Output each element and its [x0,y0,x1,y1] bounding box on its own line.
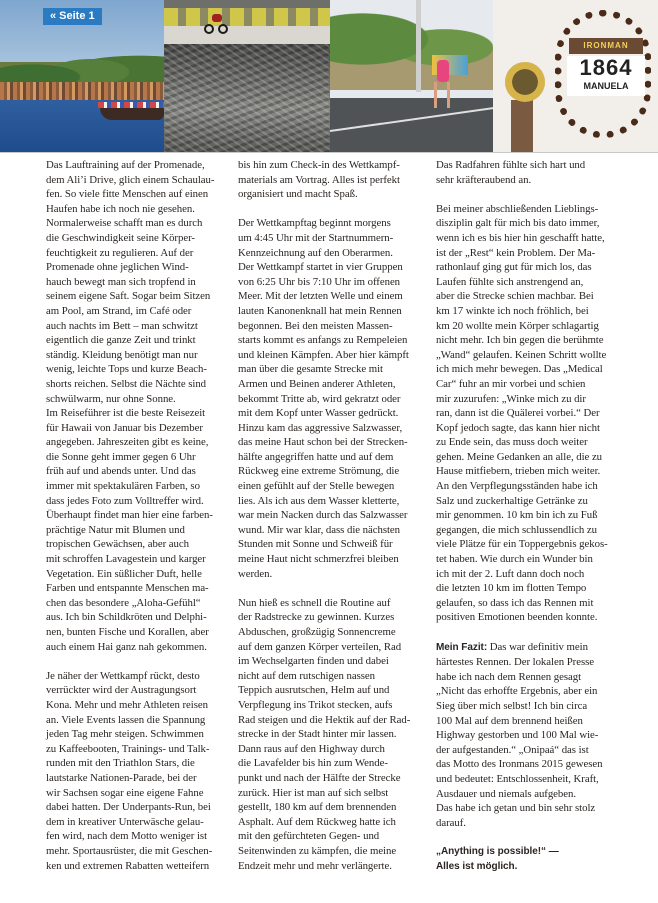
bib-name: MANUELA [567,80,645,92]
article-column-3: Das Radfahren fühlte sich hart und sehr … [436,158,636,874]
fazit-label: Mein Fazit: [436,642,487,653]
paragraph: Je näher der Wettkampf rückt, desto verr… [46,669,232,873]
fazit-text: Das war definitiv mein härtestes Rennen.… [436,641,602,829]
paragraph: Im Reiseführer ist die beste Reisezeit f… [46,406,232,654]
photo-medal-bib: IRONMAN 1864 MANUELA [493,0,658,152]
paragraph: bis hin zum Check-in des Wettkampf- mate… [238,158,428,202]
fazit-paragraph: Mein Fazit: Das war definitiv mein härte… [436,640,636,831]
bicycle-icon [204,20,228,34]
paragraph: Nun hieß es schnell die Routine auf der … [238,596,428,873]
paragraph: Bei meiner abschließenden Lieblings- dis… [436,202,636,625]
photo-cyclist-lava-field [164,0,330,152]
article-column-2: bis hin zum Check-in des Wettkampf- mate… [238,158,428,873]
bib-brand: IRONMAN [569,38,643,54]
paragraph: Das Lauftraining auf der Promenade, dem … [46,158,232,406]
paragraph: Der Wettkampftag beginnt morgens um 4:45… [238,216,428,581]
signoff-quote: „Anything is possible!“ — Alles ist mögl… [436,845,636,874]
race-bib: 1864 MANUELA [567,56,645,96]
bib-number: 1864 [567,56,645,80]
paragraph: Das Radfahren fühlte sich hart und sehr … [436,158,636,187]
article-column-1: Das Lauftraining auf der Promenade, dem … [46,158,232,873]
back-to-page-1-button[interactable]: « Seite 1 [43,8,102,25]
medal-icon [505,62,545,102]
photo-runner-highway [330,0,493,152]
